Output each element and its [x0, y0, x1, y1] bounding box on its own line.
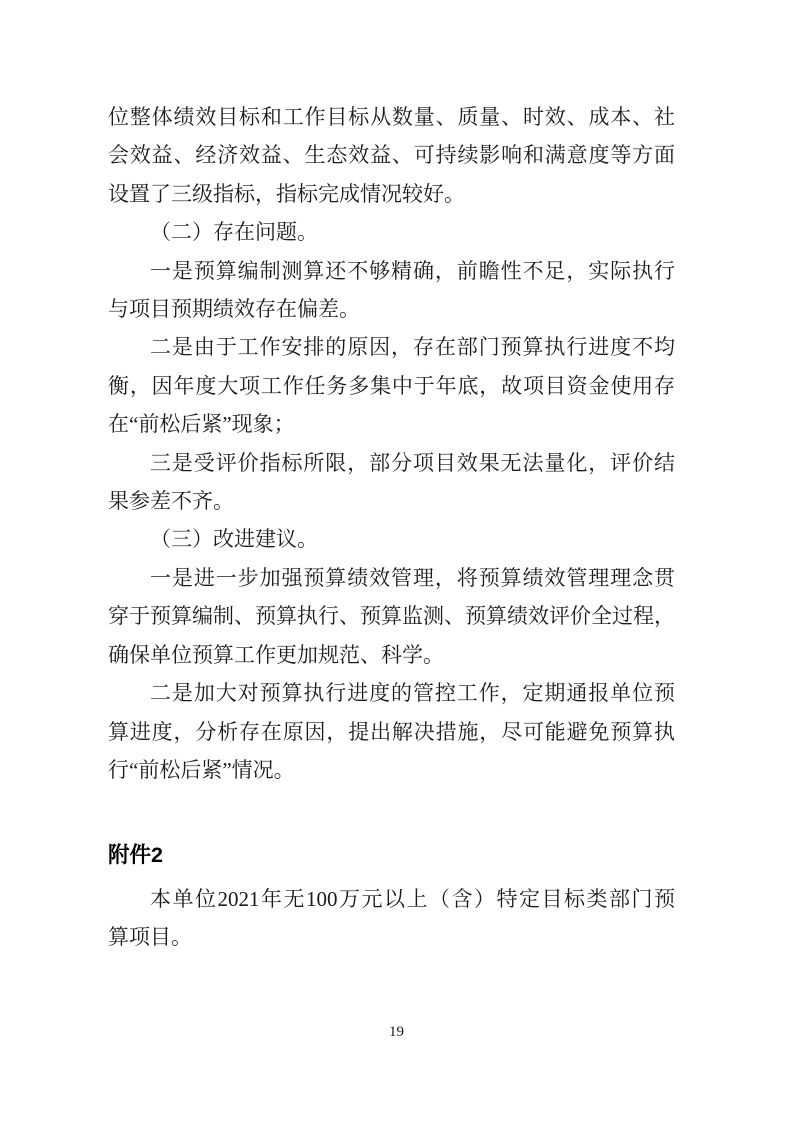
text-line: 算项目。 [108, 918, 675, 956]
text-line: 设置了三级指标，指标完成情况较好。 [108, 175, 675, 213]
paragraph: 二是由于工作安排的原因，存在部门预算执行进度不均 衡，因年度大项工作任务多集中于… [108, 328, 675, 443]
text-line: 衡，因年度大项工作任务多集中于年底，故项目资金使用存 [108, 367, 675, 405]
paragraph: 本单位2021年无100万元以上（含）特定目标类部门预 算项目。 [108, 880, 675, 957]
text-line: 一是进一步加强预算绩效管理，将预算绩效管理理念贯 [108, 559, 675, 597]
text-line: 位整体绩效目标和工作目标从数量、质量、时效、成本、社 [108, 98, 675, 136]
text-line: （三）改进建议。 [108, 520, 675, 558]
paragraph: 位整体绩效目标和工作目标从数量、质量、时效、成本、社 会效益、经济效益、生态效益… [108, 98, 675, 213]
paragraph: （二）存在问题。 [108, 213, 675, 251]
text-line: 穿于预算编制、预算执行、预算监测、预算绩效评价全过程， [108, 597, 675, 635]
text-line: 在“前松后紧”现象； [108, 405, 675, 443]
text-line: 果参差不齐。 [108, 482, 675, 520]
paragraph: 一是预算编制测算还不够精确，前瞻性不足，实际执行 与项目预期绩效存在偏差。 [108, 252, 675, 329]
text-line: 确保单位预算工作更加规范、科学。 [108, 636, 675, 674]
text-line: （二）存在问题。 [108, 213, 675, 251]
paragraph: 二是加大对预算执行进度的管控工作，定期通报单位预 算进度，分析存在原因，提出解决… [108, 674, 675, 789]
paragraph: （三）改进建议。 [108, 520, 675, 558]
text-line: 行“前松后紧”情况。 [108, 751, 675, 789]
paragraph: 一是进一步加强预算绩效管理，将预算绩效管理理念贯 穿于预算编制、预算执行、预算监… [108, 559, 675, 674]
document-page: 位整体绩效目标和工作目标从数量、质量、时效、成本、社 会效益、经济效益、生态效益… [0, 0, 793, 1122]
text-line: 三是受评价指标所限，部分项目效果无法量化，评价结 [108, 444, 675, 482]
text-line: 与项目预期绩效存在偏差。 [108, 290, 675, 328]
page-number: 19 [0, 1024, 793, 1041]
text-line: 二是加大对预算执行进度的管控工作，定期通报单位预 [108, 674, 675, 712]
text-line: 一是预算编制测算还不够精确，前瞻性不足，实际执行 [108, 252, 675, 290]
text-line: 算进度，分析存在原因，提出解决措施，尽可能避免预算执 [108, 713, 675, 751]
text-line: 会效益、经济效益、生态效益、可持续影响和满意度等方面 [108, 136, 675, 174]
paragraph: 三是受评价指标所限，部分项目效果无法量化，评价结 果参差不齐。 [108, 444, 675, 521]
attachment-heading: 附件2 [108, 836, 675, 874]
page-content: 位整体绩效目标和工作目标从数量、质量、时效、成本、社 会效益、经济效益、生态效益… [108, 98, 675, 957]
text-line: 二是由于工作安排的原因，存在部门预算执行进度不均 [108, 328, 675, 366]
text-line: 本单位2021年无100万元以上（含）特定目标类部门预 [108, 880, 675, 918]
